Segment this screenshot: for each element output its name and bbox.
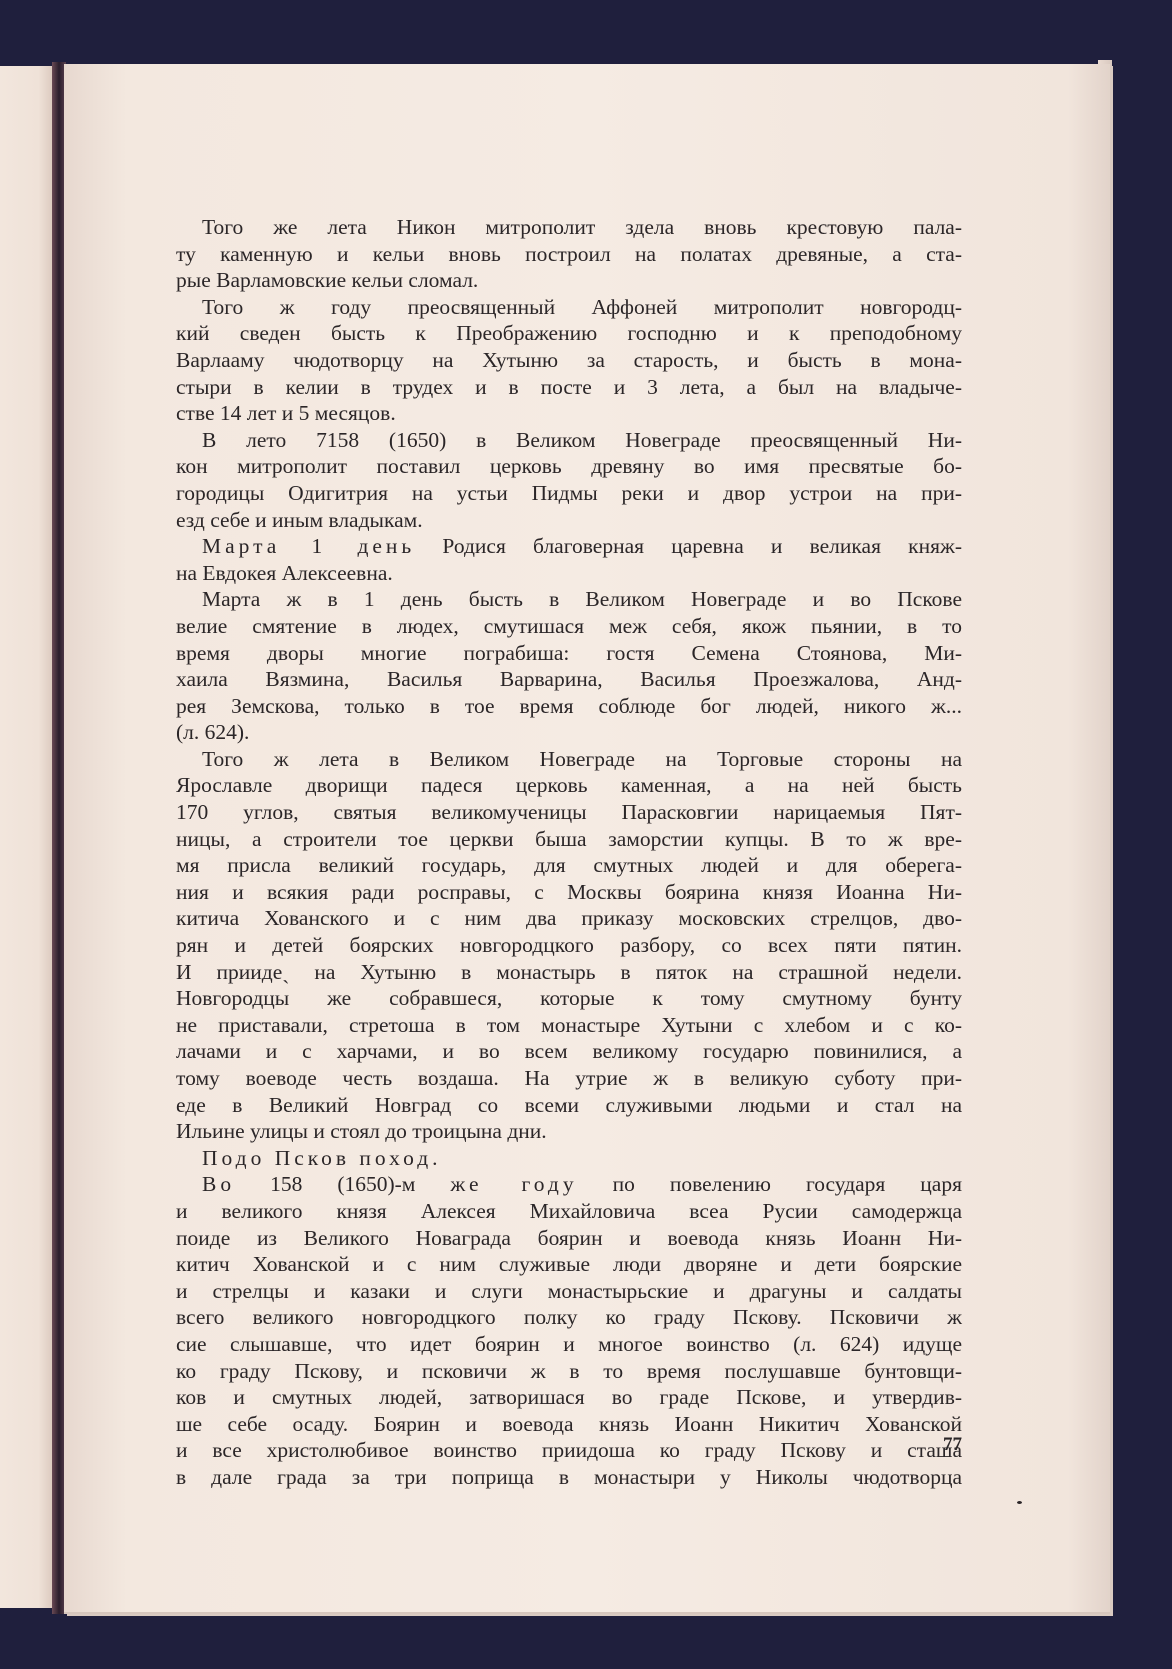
text-line: Подо Псков поход. bbox=[176, 1145, 962, 1172]
line-text: Того ж лета в Великом Новеграде на Торго… bbox=[202, 747, 962, 771]
text-line: сие слышавше, что идет боярин и многое в… bbox=[176, 1331, 962, 1358]
line-text: поиде из Великого Новаграда боярин и вое… bbox=[176, 1226, 962, 1250]
text-line: Марта ж в 1 день бысть в Великом Новегра… bbox=[176, 586, 962, 613]
spaced-heading-text: Подо Псков поход. bbox=[202, 1146, 442, 1170]
text-line: велие смятение в людех, смутишася меж се… bbox=[176, 613, 962, 640]
line-text: рые Варламовские кельи сломал. bbox=[176, 268, 478, 292]
text-line: не приставали, стретоша в том монастыре … bbox=[176, 1012, 962, 1039]
text-line: Того ж лета в Великом Новеграде на Торго… bbox=[176, 746, 962, 773]
line-text: ко граду Пскову, и псковичи ж в то время… bbox=[176, 1359, 962, 1383]
text-line: городицы Одигитрия на устьи Пидмы реки и… bbox=[176, 480, 962, 507]
text-line: 170 углов, святыя великомученицы Параско… bbox=[176, 799, 962, 826]
text-line: ко граду Пскову, и псковичи ж в то время… bbox=[176, 1358, 962, 1385]
text-line: ков и смутных людей, затворишася во град… bbox=[176, 1384, 962, 1411]
line-text: 158 (1650)-м bbox=[235, 1172, 450, 1196]
line-text: лачами и с харчами, и во всем великому г… bbox=[176, 1039, 962, 1063]
line-text: Ярославле дворищи падеся церковь каменна… bbox=[176, 773, 962, 797]
line-text: рея Земскова, только в тое время соблюде… bbox=[176, 694, 962, 718]
text-line: кий сведен бысть к Преображению господню… bbox=[176, 320, 962, 347]
text-line: время дворы многие пограбиша: гостя Семе… bbox=[176, 640, 962, 667]
line-text: стве 14 лет и 5 месяцов. bbox=[176, 401, 396, 425]
spaced-heading-text: Марта 1 день bbox=[202, 534, 415, 558]
line-text: еде в Великий Новград со всеми служивыми… bbox=[176, 1093, 962, 1117]
line-text: китича Хованского и с ним два приказу мо… bbox=[176, 906, 962, 930]
line-text: Того ж году преосвященный Аффоней митроп… bbox=[202, 295, 962, 319]
text-line: рые Варламовские кельи сломал. bbox=[176, 267, 962, 294]
text-line: Того ж году преосвященный Аффоней митроп… bbox=[176, 294, 962, 321]
text-line: лачами и с харчами, и во всем великому г… bbox=[176, 1038, 962, 1065]
text-line: всего великого новгородцкого полку ко гр… bbox=[176, 1304, 962, 1331]
line-text: велие смятение в людех, смутишася меж се… bbox=[176, 614, 962, 638]
text-line: рея Земскова, только в тое время соблюде… bbox=[176, 693, 962, 720]
line-text: китич Хованской и с ним служивые люди дв… bbox=[176, 1252, 962, 1276]
line-text: Варлааму чюдотворцу на Хутыню за старост… bbox=[176, 348, 962, 372]
line-text: стыри в келии в трудех и в посте и 3 лет… bbox=[176, 375, 962, 399]
ink-speck bbox=[1017, 1501, 1022, 1504]
text-line: (л. 624). bbox=[176, 719, 962, 746]
text-line: тому воеводе честь воздаша. На утрие ж в… bbox=[176, 1065, 962, 1092]
line-text: Ильине улицы и стоял до троицына дни. bbox=[176, 1119, 547, 1143]
line-text: ния и всякия ради росправы, с Москвы боя… bbox=[176, 880, 962, 904]
left-page-edge bbox=[0, 66, 55, 1608]
text-line: стве 14 лет и 5 месяцов. bbox=[176, 400, 962, 427]
text-line: Новгородцы же собравшеся, которые к тому… bbox=[176, 985, 962, 1012]
line-text: и великого князя Алексея Михайловича все… bbox=[176, 1199, 962, 1223]
line-text: кон митрополит поставил церковь древяну … bbox=[176, 454, 962, 478]
text-line: Ильине улицы и стоял до троицына дни. bbox=[176, 1118, 962, 1145]
text-line: и все христолюбивое воинство приидоша ко… bbox=[176, 1437, 962, 1464]
line-text: всего великого новгородцкого полку ко гр… bbox=[176, 1305, 962, 1329]
text-line: мя присла великий государь, для смутных … bbox=[176, 852, 962, 879]
line-text: и все христолюбивое воинство приидоша ко… bbox=[176, 1438, 962, 1462]
text-line: еде в Великий Новград со всеми служивыми… bbox=[176, 1092, 962, 1119]
text-line: кон митрополит поставил церковь древяну … bbox=[176, 453, 962, 480]
line-text: рян и детей боярских новгородцкого разбо… bbox=[176, 933, 962, 957]
text-line: на Евдокея Алексеевна. bbox=[176, 560, 962, 587]
text-line: И приидеˏ на Хутыню в монастырь в пяток … bbox=[176, 959, 962, 986]
line-text: сие слышавше, что идет боярин и многое в… bbox=[176, 1332, 962, 1356]
line-text: на Евдокея Алексеевна. bbox=[176, 561, 393, 585]
line-text: Того же лета Никон митрополит здела внов… bbox=[202, 215, 962, 239]
line-text: ше себе осаду. Боярин и воевода князь Ио… bbox=[176, 1412, 962, 1436]
text-line: В лето 7158 (1650) в Великом Новеграде п… bbox=[176, 427, 962, 454]
text-line: рян и детей боярских новгородцкого разбо… bbox=[176, 932, 962, 959]
line-text: мя присла великий государь, для смутных … bbox=[176, 853, 962, 877]
line-text: В лето 7158 (1650) в Великом Новеграде п… bbox=[202, 428, 962, 452]
line-text: в дале града за три поприща в монастыри … bbox=[176, 1465, 962, 1489]
line-text: езд себе и иным владыкам. bbox=[176, 508, 423, 532]
text-line: поиде из Великого Новаграда боярин и вое… bbox=[176, 1225, 962, 1252]
text-line: стыри в келии в трудех и в посте и 3 лет… bbox=[176, 374, 962, 401]
text-line: Варлааму чюдотворцу на Хутыню за старост… bbox=[176, 347, 962, 374]
spaced-heading-text: Во bbox=[202, 1172, 235, 1196]
text-line: ния и всякия ради росправы, с Москвы боя… bbox=[176, 879, 962, 906]
text-line: Марта 1 день Родися благоверная царевна … bbox=[176, 533, 962, 560]
line-text: не приставали, стретоша в том монастыре … bbox=[176, 1013, 962, 1037]
line-text: хаила Вязмина, Василья Варварина, Василь… bbox=[176, 667, 962, 691]
text-line: ше себе осаду. Боярин и воевода князь Ио… bbox=[176, 1411, 962, 1438]
line-text: ту каменную и кельи вновь построил на по… bbox=[176, 242, 962, 266]
line-text: тому воеводе честь воздаша. На утрие ж в… bbox=[176, 1066, 962, 1090]
line-text: 170 углов, святыя великомученицы Параско… bbox=[176, 800, 962, 824]
text-line: ту каменную и кельи вновь построил на по… bbox=[176, 241, 962, 268]
text-line: в дале града за три поприща в монастыри … bbox=[176, 1464, 962, 1491]
line-text: Новгородцы же собравшеся, которые к тому… bbox=[176, 986, 962, 1010]
body-text: Того же лета Никон митрополит здела внов… bbox=[176, 214, 962, 1491]
line-text: ков и смутных людей, затворишася во град… bbox=[176, 1385, 962, 1409]
line-text: кий сведен бысть к Преображению господню… bbox=[176, 321, 962, 345]
line-text: И приидеˏ на Хутыню в монастырь в пяток … bbox=[176, 960, 962, 984]
line-text: время дворы многие пограбиша: гостя Семе… bbox=[176, 641, 962, 665]
line-text: и стрелцы и казаки и слуги монастырьские… bbox=[176, 1279, 962, 1303]
line-text: (л. 624). bbox=[176, 720, 249, 744]
line-text: ницы, а строители тое церкви быша заморс… bbox=[176, 827, 962, 851]
line-text: Родися благоверная царевна и великая кня… bbox=[415, 534, 962, 558]
text-line: езд себе и иным владыкам. bbox=[176, 507, 962, 534]
text-line: китич Хованской и с ним служивые люди дв… bbox=[176, 1251, 962, 1278]
text-line: и стрелцы и казаки и слуги монастырьские… bbox=[176, 1278, 962, 1305]
text-line: китича Хованского и с ним два приказу мо… bbox=[176, 905, 962, 932]
text-line: Ярославле дворищи падеся церковь каменна… bbox=[176, 772, 962, 799]
text-line: Во 158 (1650)-м же году по повелению гос… bbox=[176, 1171, 962, 1198]
text-line: хаила Вязмина, Василья Варварина, Василь… bbox=[176, 666, 962, 693]
spaced-heading-text: же году bbox=[450, 1172, 577, 1196]
page-number: 77 bbox=[943, 1434, 962, 1456]
line-text: городицы Одигитрия на устьи Пидмы реки и… bbox=[176, 481, 962, 505]
text-line: Того же лета Никон митрополит здела внов… bbox=[176, 214, 962, 241]
text-line: и великого князя Алексея Михайловича все… bbox=[176, 1198, 962, 1225]
text-line: ницы, а строители тое церкви быша заморс… bbox=[176, 826, 962, 853]
line-text: Марта ж в 1 день бысть в Великом Новегра… bbox=[202, 587, 962, 611]
line-text: по повелению государя царя bbox=[578, 1172, 962, 1196]
